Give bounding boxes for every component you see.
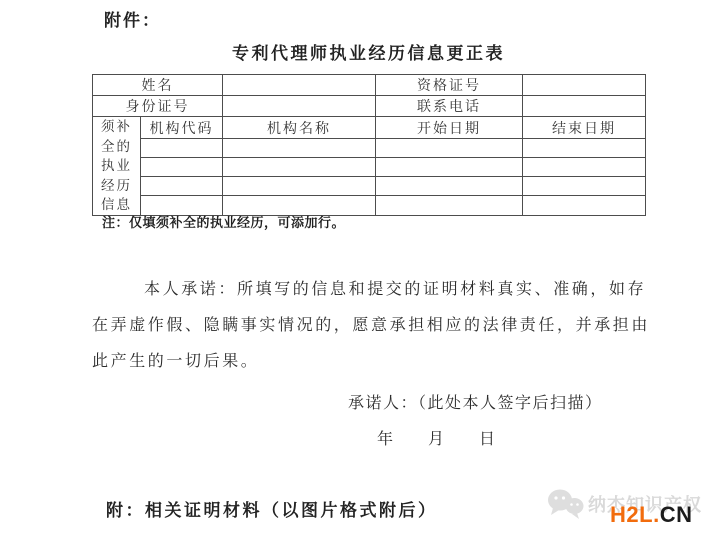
qualification-no-label: 资格证号 [376,75,523,96]
watermark: 纳杰知识产权 H2L.CN [544,483,720,533]
scanned-form-page: { "header": { "attachment_label": "附件：",… [0,0,720,539]
correction-form-table: 姓名 资格证号 身份证号 联系电话 须补 全的 执业 经历 信息 机构代码 机构… [92,74,646,216]
name-label: 姓名 [93,75,223,96]
table-row: 姓名 资格证号 [93,75,646,96]
declaration-paragraph: 本人承诺：所填写的信息和提交的证明材料真实、准确，如存 在弄虚作假、隐瞒事实情况… [92,272,652,380]
declaration-line: 本人承诺：所填写的信息和提交的证明材料真实、准确，如存 [92,272,652,308]
end-date-cell [523,158,646,177]
table-row [93,177,646,196]
org-code-cell [141,139,223,158]
end-date-cell [523,196,646,215]
org-code-cell [141,158,223,177]
start-date-cell [376,139,523,158]
end-date-cell [523,139,646,158]
side-label-line: 全的 [93,137,140,157]
declaration-line: 在弄虚作假、隐瞒事实情况的，愿意承担相应的法律责任，并承担由 [92,308,652,344]
end-date-cell [523,177,646,196]
side-label-line: 经历 [93,176,140,196]
domain-primary: H2L [610,502,653,527]
date-day-label: 日 [479,426,495,449]
org-name-cell [223,158,376,177]
signer-label: 承诺人：（此处本人签字后扫描） [348,390,603,413]
attachment-label: 附件： [104,6,161,31]
wechat-bubbles-icon [546,487,586,526]
phone-label: 联系电话 [376,96,523,117]
date-line: 年 月 日 [377,426,495,449]
table-row [93,158,646,177]
experience-side-label: 须补 全的 执业 经历 信息 [93,117,141,216]
start-date-cell [376,177,523,196]
column-header-org-name: 机构名称 [223,117,376,139]
column-header-start-date: 开始日期 [376,117,523,139]
org-name-cell [223,177,376,196]
table-note: 注：仅填须补全的执业经历，可添加行。 [102,212,345,231]
date-month-label: 月 [428,426,444,449]
table-row [93,139,646,158]
table-row: 身份证号 联系电话 [93,96,646,117]
watermark-domain-text: H2L.CN [610,502,692,528]
qualification-no-value-cell [523,75,646,96]
declaration-line: 此产生的一切后果。 [92,344,652,380]
org-name-cell [223,139,376,158]
column-header-end-date: 结束日期 [523,117,646,139]
start-date-cell [376,158,523,177]
footer-attachment-note: 附：相关证明材料（以图片格式附后） [106,496,438,521]
domain-dot: . [653,502,660,527]
date-year-label: 年 [377,426,393,449]
table-row: 须补 全的 执业 经历 信息 机构代码 机构名称 开始日期 结束日期 [93,117,646,139]
org-code-cell [141,177,223,196]
page-title: 专利代理师执业经历信息更正表 [92,39,645,64]
column-header-org-code: 机构代码 [141,117,223,139]
side-label-line: 须补 [93,117,140,137]
domain-suffix: CN [660,502,693,527]
phone-value-cell [523,96,646,117]
side-label-line: 执业 [93,156,140,176]
id-number-value-cell [223,96,376,117]
id-number-label: 身份证号 [93,96,223,117]
start-date-cell [376,196,523,215]
name-value-cell [223,75,376,96]
